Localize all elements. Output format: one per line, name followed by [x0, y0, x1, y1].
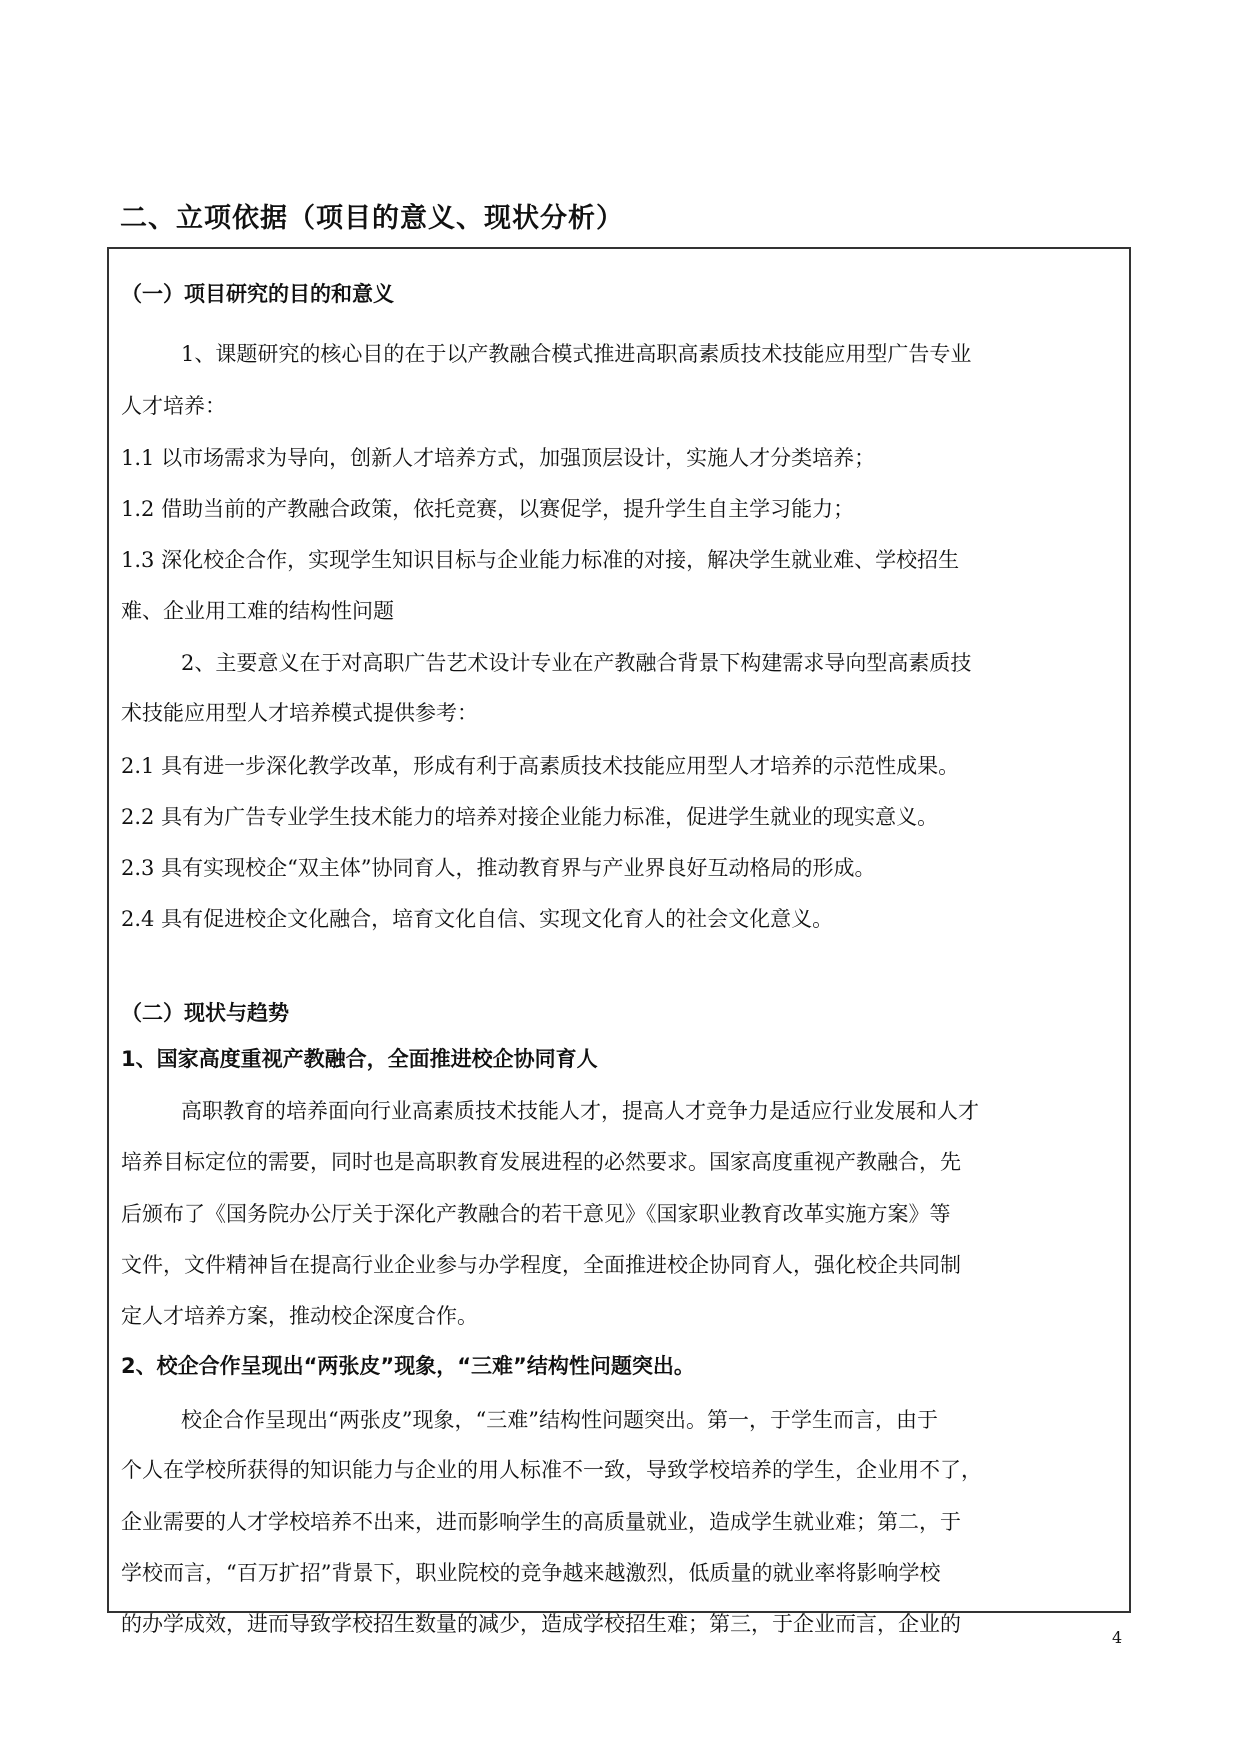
paragraph-line: 2.3 具有实现校企“双主体”协同育人，推动教育界与产业界良好互动格局的形成。 [121, 858, 876, 879]
content-box: （一）项目研究的目的和意义1、课题研究的核心目的在于以产教融合模式推进高职高素质… [107, 247, 1131, 1613]
paragraph-line: 人才培养： [121, 396, 226, 417]
paragraph-line: 难、企业用工难的结构性问题 [121, 601, 394, 622]
section-title: 二、立项依据（项目的意义、现状分析） [120, 196, 624, 235]
paragraph-line: 定人才培养方案，推动校企深度合作。 [121, 1306, 478, 1327]
paragraph-line: 后颁布了《国务院办公厅关于深化产教融合的若干意见》《国家职业教育改革实施方案》等 [121, 1204, 951, 1225]
paragraph-line: 2.1 具有进一步深化教学改革，形成有利于高素质技术技能应用型人才培养的示范性成… [121, 756, 959, 777]
paragraph-line: 2.4 具有促进校企文化融合，培育文化自信、实现文化育人的社会文化意义。 [121, 909, 833, 930]
heading-line: （一）项目研究的目的和意义 [121, 284, 394, 305]
paragraph-line: 学校而言，“百万扩招”背景下，职业院校的竞争越来越激烈，低质量的就业率将影响学校 [121, 1563, 940, 1584]
paragraph-line: 校企合作呈现出“两张皮”现象，“三难”结构性问题突出。第一，于学生而言，由于 [181, 1410, 938, 1431]
heading-line: 2、校企合作呈现出“两张皮”现象，“三难”结构性问题突出。 [121, 1356, 695, 1377]
heading-line: 1、国家高度重视产教融合，全面推进校企协同育人 [121, 1049, 598, 1070]
paragraph-line: 1.2 借助当前的产教融合政策，依托竞赛，以赛促学，提升学生自主学习能力； [121, 499, 854, 520]
paragraph-line: 企业需要的人才学校培养不出来，进而影响学生的高质量就业，造成学生就业难；第二，于 [121, 1512, 961, 1533]
page-number: 4 [1112, 1628, 1122, 1647]
paragraph-line: 1.1 以市场需求为导向，创新人才培养方式，加强顶层设计，实施人才分类培养； [121, 448, 875, 469]
paragraph-line: 1、课题研究的核心目的在于以产教融合模式推进高职高素质技术技能应用型广告专业 [181, 344, 971, 365]
heading-line: （二）现状与趋势 [121, 1003, 289, 1024]
paragraph-line: 的办学成效，进而导致学校招生数量的减少，造成学校招生难；第三，于企业而言，企业的 [121, 1614, 961, 1635]
paragraph-line: 文件，文件精神旨在提高行业企业参与办学程度，全面推进校企协同育人，强化校企共同制 [121, 1255, 961, 1276]
paragraph-line: 2.2 具有为广告专业学生技术能力的培养对接企业能力标准，促进学生就业的现实意义… [121, 807, 938, 828]
paragraph-line: 培养目标定位的需要，同时也是高职教育发展进程的必然要求。国家高度重视产教融合，先 [121, 1152, 961, 1173]
paragraph-line: 个人在学校所获得的知识能力与企业的用人标准不一致，导致学校培养的学生，企业用不了… [121, 1460, 982, 1481]
paragraph-line: 2、主要意义在于对高职广告艺术设计专业在产教融合背景下构建需求导向型高素质技 [181, 653, 971, 674]
paragraph-line: 1.3 深化校企合作，实现学生知识目标与企业能力标准的对接，解决学生就业难、学校… [121, 550, 959, 571]
paragraph-line: 术技能应用型人才培养模式提供参考： [121, 703, 478, 724]
paragraph-line: 高职教育的培养面向行业高素质技术技能人才，提高人才竞争力是适应行业发展和人才 [181, 1101, 979, 1122]
